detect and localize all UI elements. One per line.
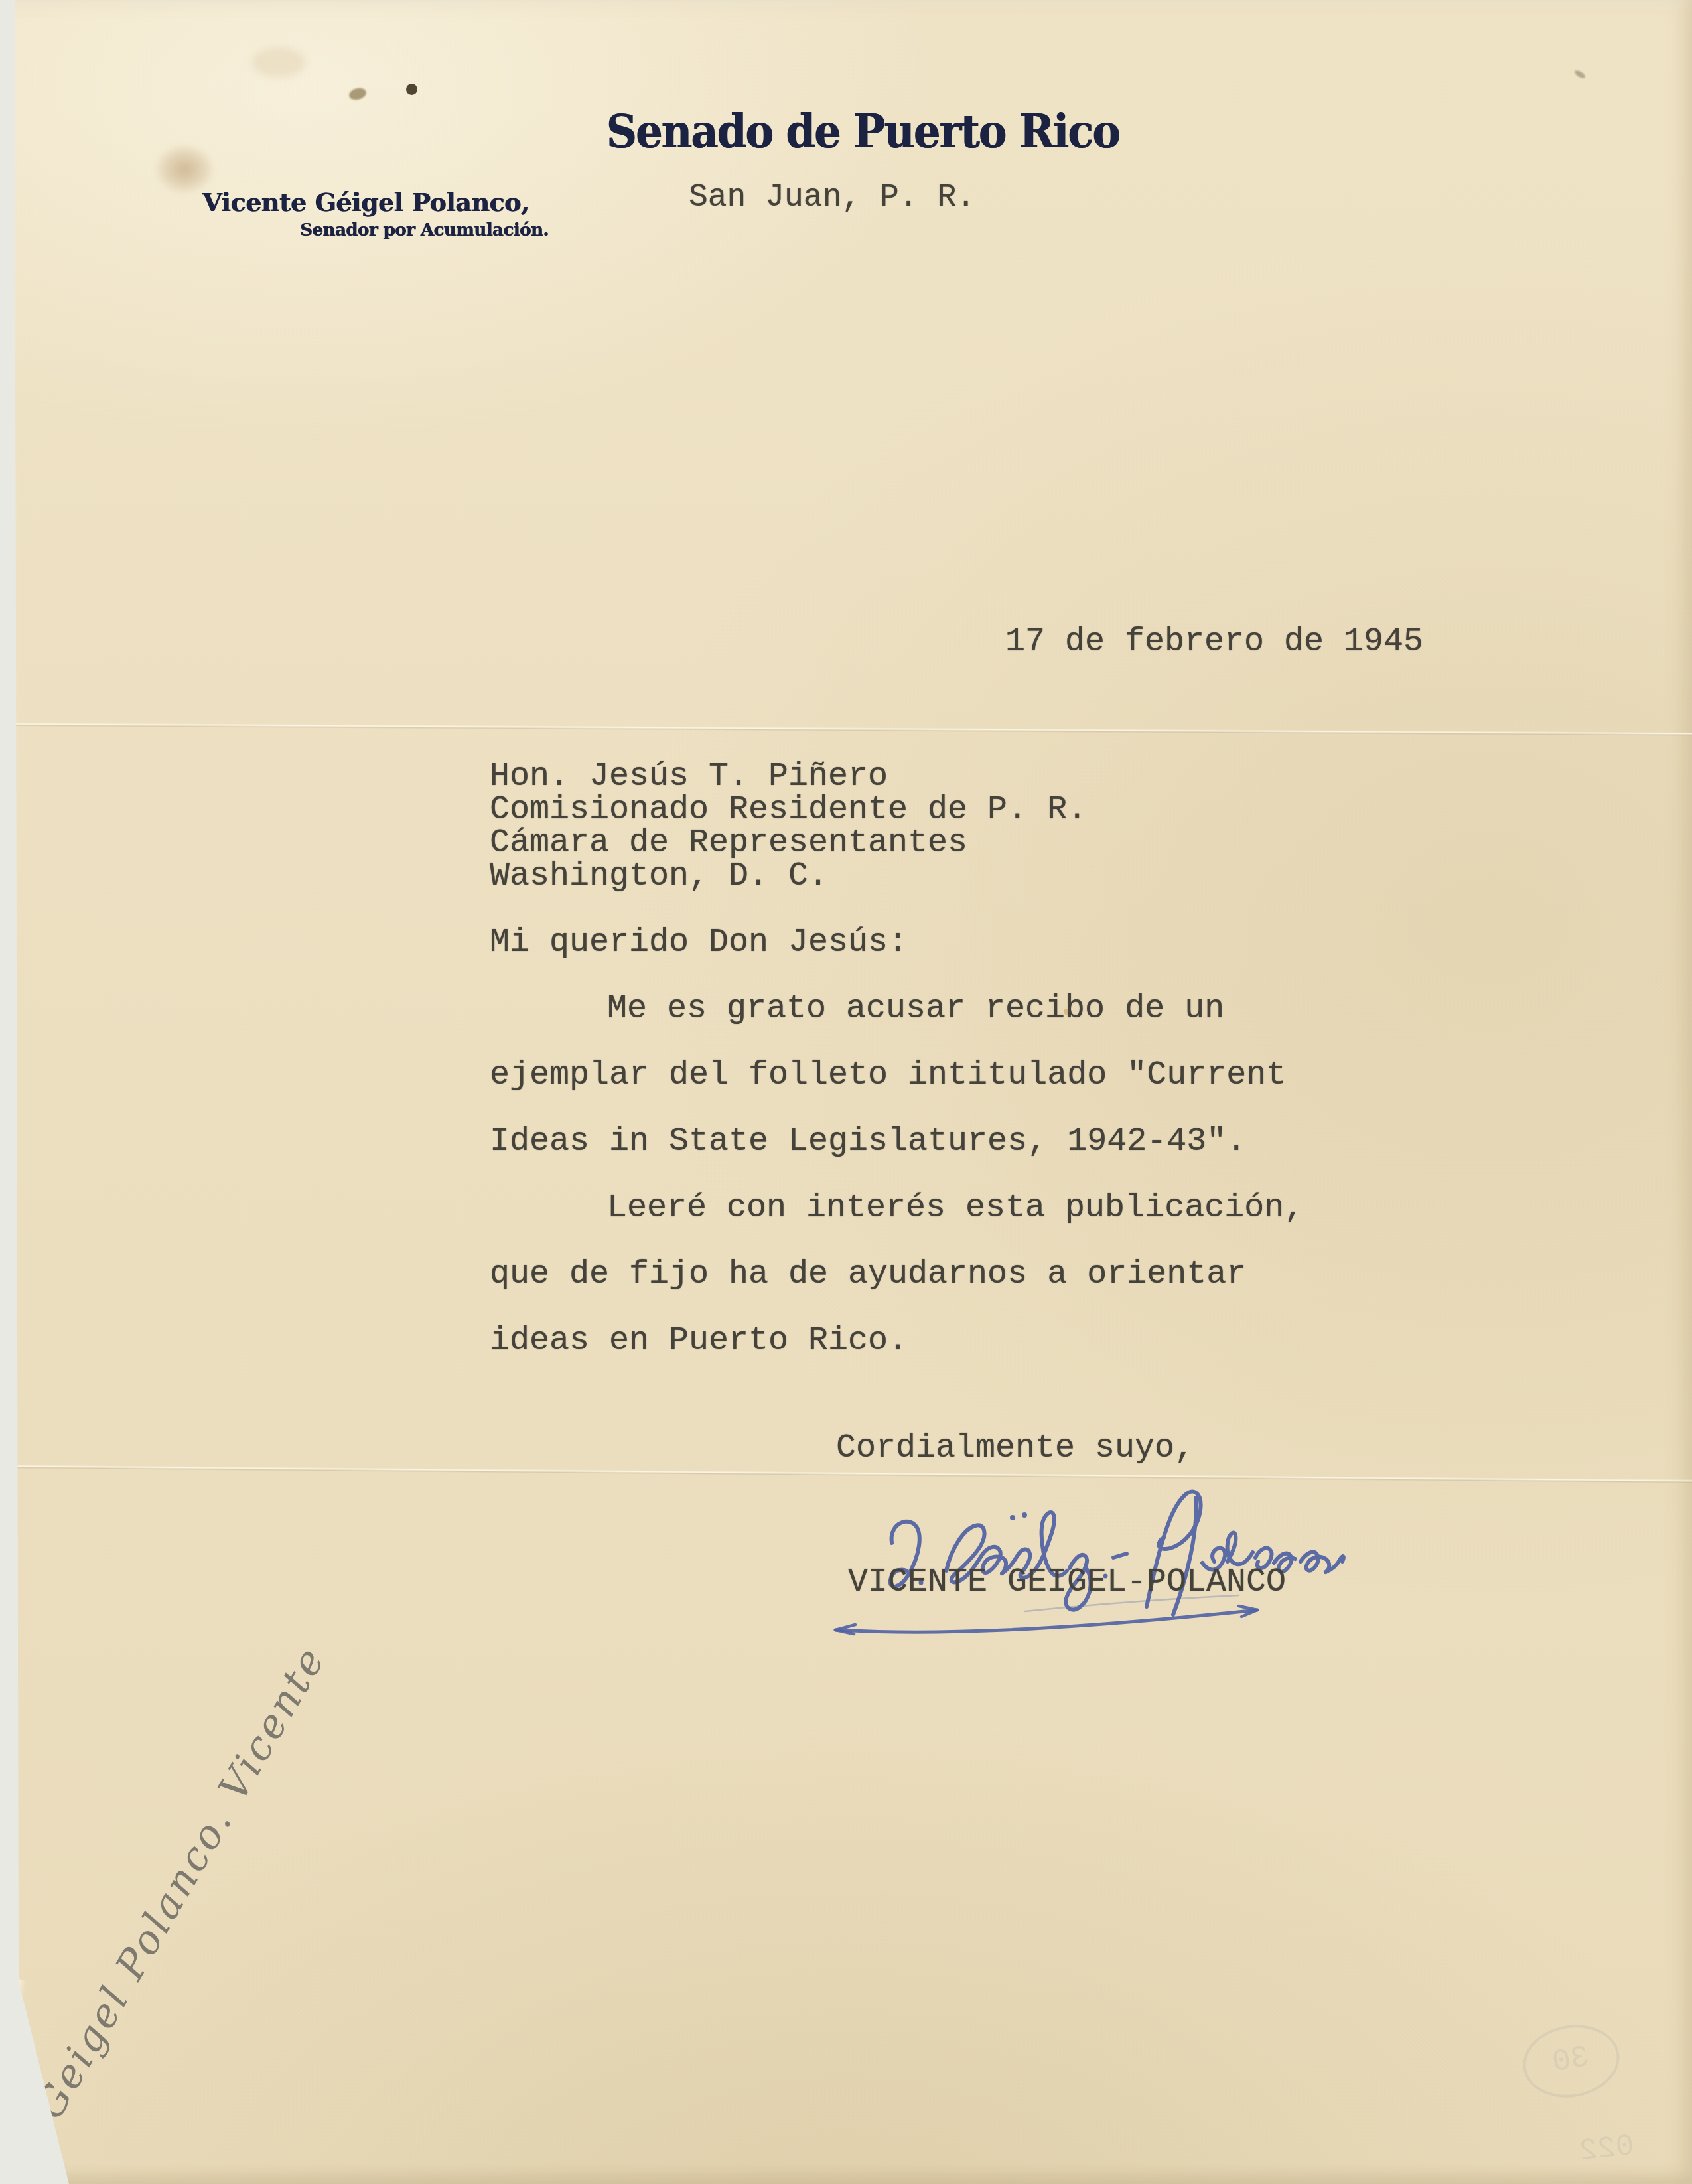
- body-line: ejemplar del folleto intitulado "Current: [490, 1057, 1286, 1094]
- recipient-line: Comisionado Residente de P. R.: [490, 792, 1087, 828]
- pencil-note: Geigel Polanco. Vicente: [26, 1638, 335, 2127]
- letter-date: 17 de febrero de 1945: [1005, 624, 1423, 660]
- stain-edge-dash: [1573, 69, 1586, 80]
- letterhead-city: San Juan, P. R.: [689, 181, 975, 216]
- stain-top-faint: [252, 48, 305, 77]
- fold-crease-upper: [0, 723, 1692, 737]
- body-line: ideas en Puerto Rico.: [490, 1323, 908, 1359]
- stain-speck-dark: [406, 84, 417, 95]
- bleed-through-stamp-text: 30: [1547, 2025, 1594, 2094]
- signature-flourish: [826, 1593, 1277, 1639]
- bleed-through-stamp: 30: [1517, 2017, 1626, 2105]
- letter-page: Senado de Puerto Rico Vicente Géigel Pol…: [0, 0, 1692, 2184]
- closing: Cordialmente suyo,: [836, 1430, 1194, 1467]
- scanned-letter-view: { "document_type": "scanned typewritten …: [0, 0, 1692, 2184]
- body-line: Ideas in State Legislatures, 1942-43".: [490, 1124, 1246, 1160]
- recipient-line: Hon. Jesús T. Piñero: [490, 759, 888, 795]
- stain-speck-left: [348, 86, 368, 102]
- body-line: que de fijo ha de ayudarnos a orientar: [490, 1256, 1246, 1293]
- salutation: Mi querido Don Jesús:: [490, 924, 908, 961]
- recipient-line: Cámara de Representantes: [490, 825, 967, 861]
- body-line: Me es grato acusar recibo de un: [607, 991, 1224, 1027]
- paper-corner-edge: [0, 1979, 27, 2184]
- letterhead-title: Senado de Puerto Rico: [17, 105, 1692, 159]
- letterhead-sender-title: Senador por Acumulación.: [300, 220, 549, 240]
- recipient-line: Washington, D. C.: [490, 858, 828, 895]
- body-line: Leeré con interés esta publicación,: [607, 1190, 1304, 1226]
- letterhead-sender-name: Vicente Géigel Polanco,: [202, 187, 529, 217]
- bleed-through-digits: 022: [1578, 2129, 1636, 2169]
